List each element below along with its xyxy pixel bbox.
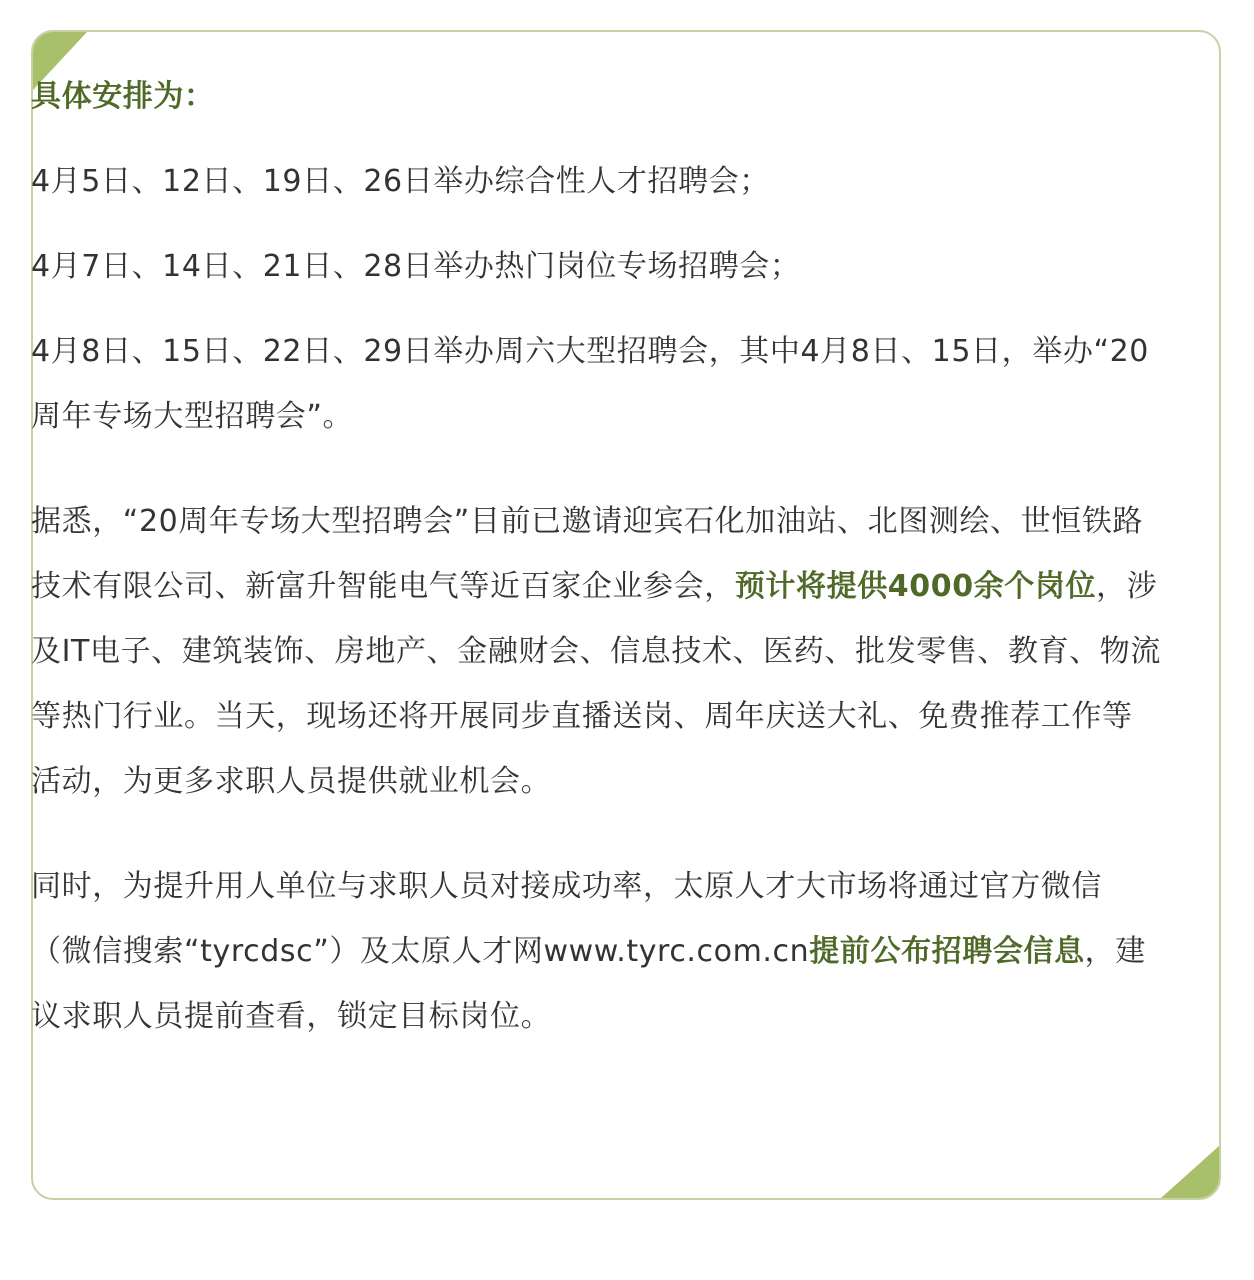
article-content: 具体安排为： 4月5日、12日、19日、26日举办综合性人才招聘会； 4月7日、… xyxy=(31,64,1163,1049)
highlight-publish-info: 提前公布招聘会信息 xyxy=(809,934,1084,969)
schedule-item-hot-positions: 4月7日、14日、21日、28日举办热门岗位专场招聘会； xyxy=(31,234,1163,299)
schedule-item-comprehensive: 4月5日、12日、19日、26日举办综合性人才招聘会； xyxy=(31,149,1163,214)
section-heading: 具体安排为： xyxy=(31,64,1163,129)
paragraph-publicity: 同时，为提升用人单位与求职人员对接成功率，太原人才大市场将通过官方微信（微信搜索… xyxy=(31,854,1163,1049)
corner-accent-bottom-right xyxy=(1161,1146,1219,1198)
schedule-item-saturday: 4月8日、15日、22日、29日举办周六大型招聘会，其中4月8日、15日，举办“… xyxy=(31,319,1163,449)
highlight-positions: 预计将提供4000余个岗位 xyxy=(735,569,1096,604)
paragraph-participants: 据悉，“20周年专场大型招聘会”目前已邀请迎宾石化加油站、北图测绘、世恒铁路技术… xyxy=(31,489,1163,814)
